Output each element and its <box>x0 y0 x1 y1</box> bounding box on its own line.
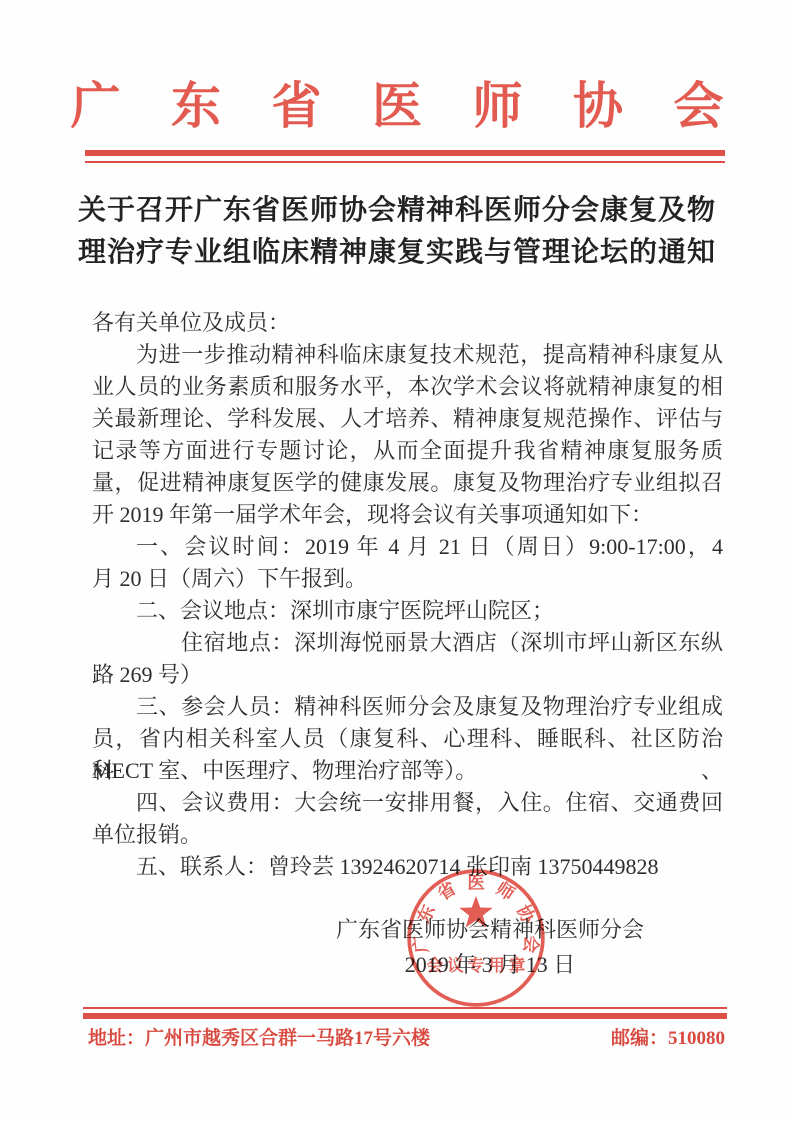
footer-rule-thin <box>83 1007 727 1009</box>
body-line-attendees: 三、参会人员：精神科医师分会及康复及物理治疗专业组成 <box>92 691 723 723</box>
footer-address-label: 地址： <box>88 1028 145 1049</box>
footer-address-value: 广州市越秀区合群一马路17号六楼 <box>145 1028 430 1049</box>
body-line-meeting-time: 一、会议时间：2019 年 4 月 21 日（周日）9:00-17:00，4 <box>92 531 723 563</box>
body-line-fees: 四、会议费用：大会统一安排用餐，入住。住宿、交通费回 <box>92 787 723 819</box>
body-text: 各有关单位及成员： 为进一步推动精神科临床康复技术规范，提高精神科康复从 业人员… <box>92 307 723 883</box>
footer-address: 地址：广州市越秀区合群一马路17号六楼 <box>88 1023 430 1050</box>
document-title-line1: 关于召开广东省医师协会精神科医师分会康复及物 <box>60 189 734 231</box>
star-icon <box>459 896 492 928</box>
footer-postcode-label: 邮编： <box>611 1028 668 1049</box>
header-rule-thin <box>85 161 725 163</box>
header-rule-thick <box>85 150 725 156</box>
body-line: 关最新理论、学科发展、人才培养、精神康复规范操作、评估与 <box>92 403 723 435</box>
official-seal: 广东省医师协会 会议专用章 <box>404 866 548 1010</box>
document-title-line2: 理治疗专业组临床精神康复实践与管理论坛的通知 <box>60 231 734 273</box>
body-line: 单位报销。 <box>92 819 723 851</box>
footer-postcode: 邮编：510080 <box>611 1023 725 1050</box>
footer-postcode-value: 510080 <box>668 1028 725 1049</box>
body-line: 记录等方面进行专题讨论，从而全面提升我省精神康复服务质 <box>92 435 723 467</box>
body-line: 开 2019 年第一届学术年会，现将会议有关事项通知如下： <box>92 499 723 531</box>
footer-rule-thick <box>83 1013 727 1019</box>
seal-bottom-text: 会议专用章 <box>427 956 530 975</box>
body-line-hotel: 住宿地点：深圳海悦丽景大酒店（深圳市坪山新区东纵 <box>92 627 723 659</box>
body-line-salutation: 各有关单位及成员： <box>92 307 723 339</box>
body-line-meeting-place: 二、会议地点：深圳市康宁医院坪山院区； <box>92 595 723 627</box>
document-page: 广 东 省 医 师 协 会 关于召开广东省医师协会精神科医师分会康复及物 理治疗… <box>0 0 794 1123</box>
body-line: 业人员的业务素质和服务水平，本次学术会议将就精神康复的相 <box>92 371 723 403</box>
footer: 地址：广州市越秀区合群一马路17号六楼 邮编：510080 <box>88 1023 725 1050</box>
body-line: 量，促进精神康复医学的健康发展。康复及物理治疗专业组拟召 <box>92 467 723 499</box>
body-line: 路 269 号） <box>92 659 723 691</box>
org-name: 广 东 省 医 师 协 会 <box>0 78 794 134</box>
body-line: 员，省内相关科室人员（康复科、心理科、睡眠科、社区防治科、 <box>92 723 723 755</box>
body-line: 月 20 日（周六）下午报到。 <box>92 563 723 595</box>
document-title: 关于召开广东省医师协会精神科医师分会康复及物 理治疗专业组临床精神康复实践与管理… <box>60 189 734 273</box>
body-line: 为进一步推动精神科临床康复技术规范，提高精神科康复从 <box>92 339 723 371</box>
